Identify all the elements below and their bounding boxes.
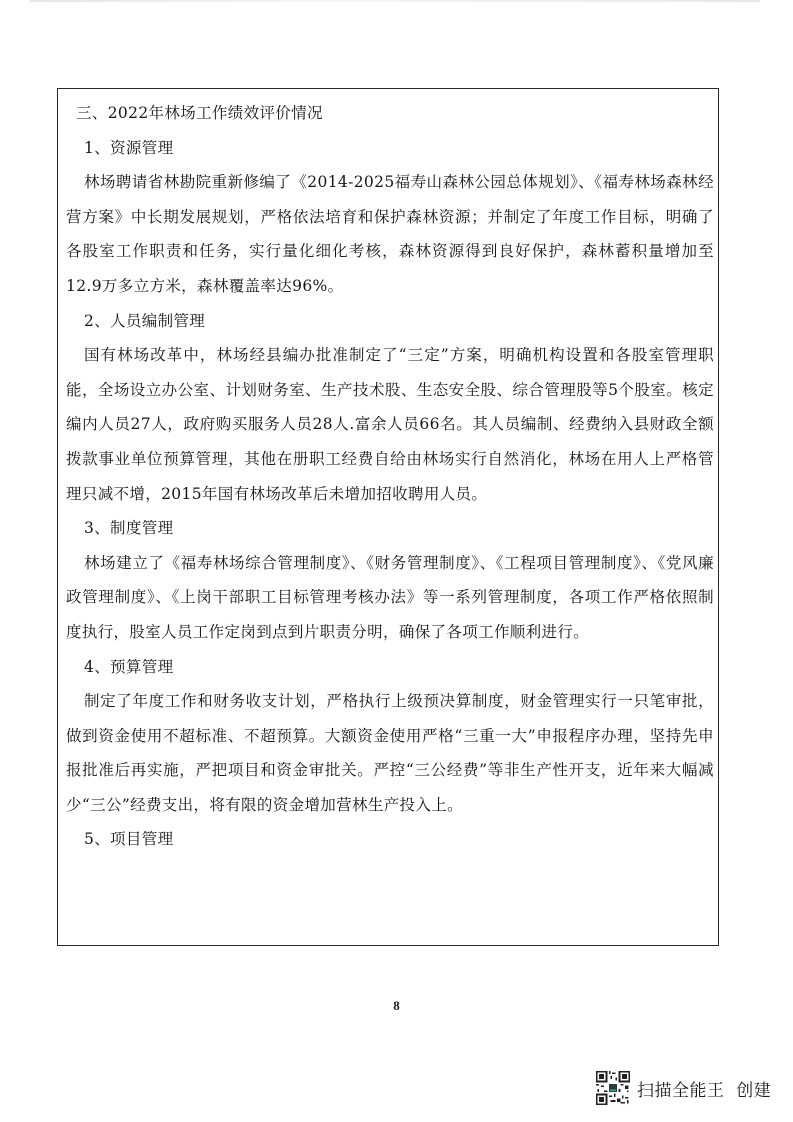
paragraph-budget-management: 制定了年度工作和财务收支计划，严格执行上级预决算制度，财金管理实行一只笔审批，做…	[66, 684, 714, 822]
paragraph-staffing-management: 国有林场改革中，林场经县编办批准制定了“三定”方案，明确机构设置和各股室管理职能…	[66, 338, 714, 511]
section-title: 三、2022年林场工作绩效评价情况	[66, 96, 714, 131]
heading-resource-management: 1、资源管理	[66, 131, 714, 166]
paragraph-resource-management: 林场聘请省林勘院重新修编了《2014-2025福寿山森林公园总体规划》、《福寿林…	[66, 165, 714, 303]
heading-staffing-management: 2、人员编制管理	[66, 304, 714, 339]
scanner-watermark: 扫描全能王 创建	[596, 1068, 771, 1108]
heading-project-management: 5、项目管理	[66, 822, 714, 857]
document-body: 三、2022年林场工作绩效评价情况 1、资源管理 林场聘请省林勘院重新修编了《2…	[66, 96, 714, 857]
page-number: 8	[0, 998, 793, 1014]
paragraph-system-management: 林场建立了《福寿林场综合管理制度》、《财务管理制度》、《工程项目管理制度》、《党…	[66, 546, 714, 650]
qr-code-icon	[596, 1071, 630, 1105]
heading-budget-management: 4、预算管理	[66, 650, 714, 685]
scan-top-edge	[30, 0, 760, 2]
heading-system-management: 3、制度管理	[66, 511, 714, 546]
watermark-label: 扫描全能王 创建	[637, 1076, 771, 1101]
